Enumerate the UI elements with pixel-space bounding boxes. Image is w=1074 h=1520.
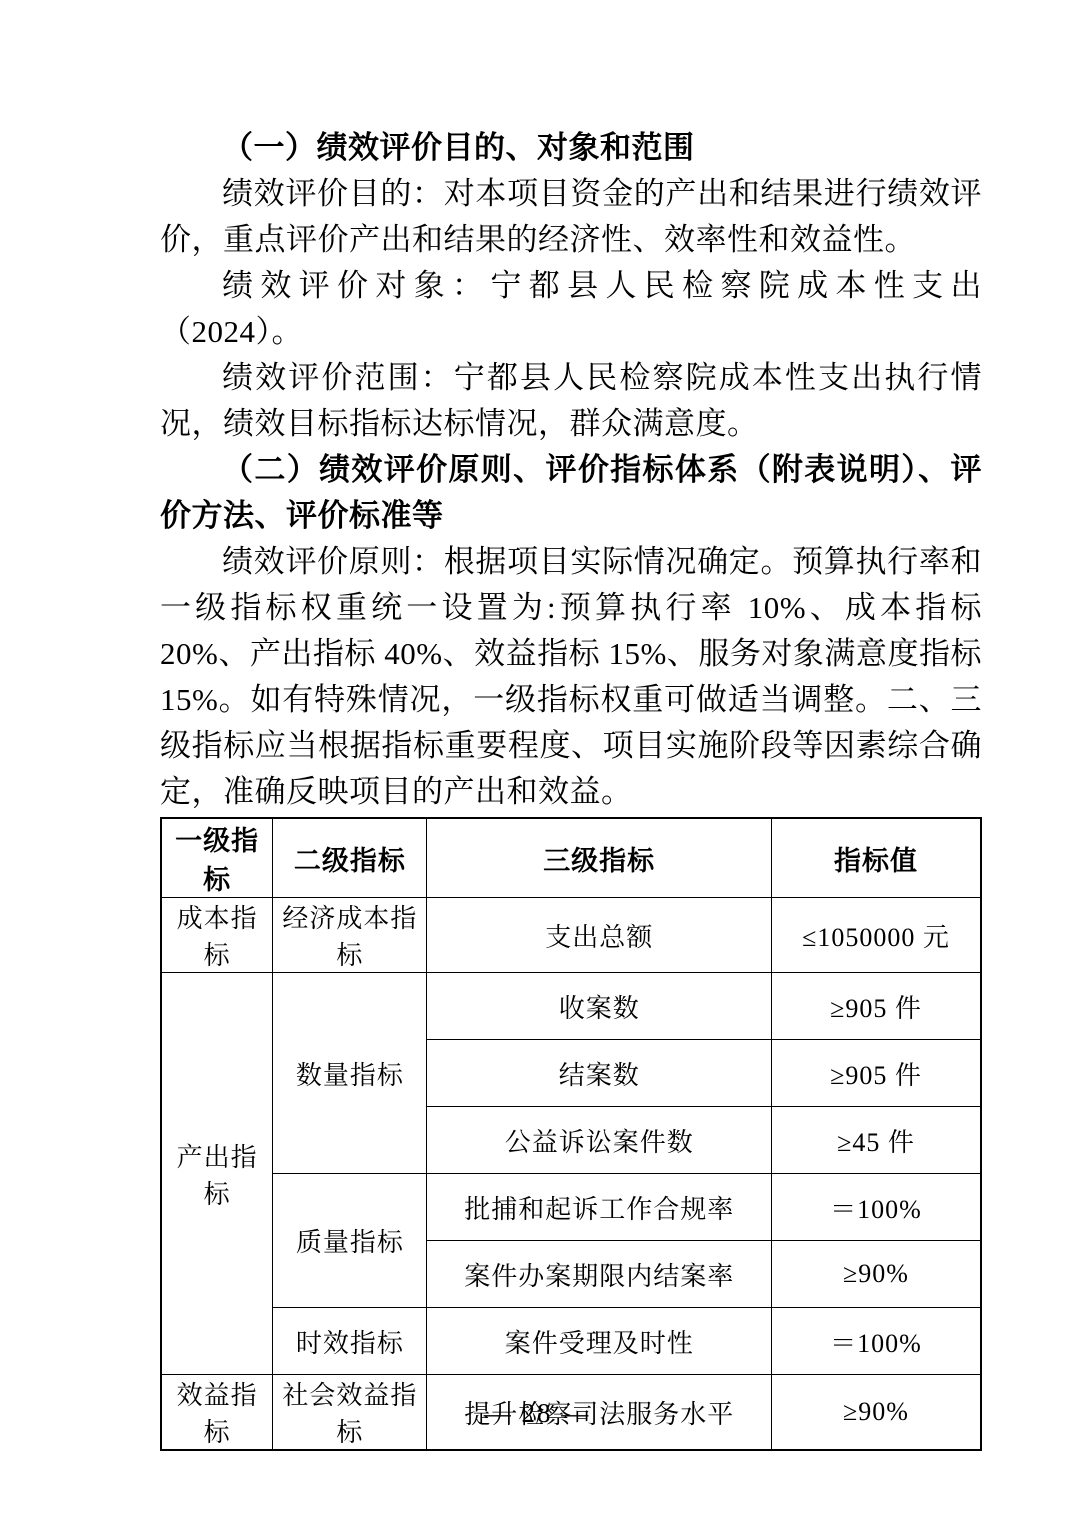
cell-level1: 成本指标 [161, 898, 273, 973]
table-row: 产出指标 数量指标 收案数 ≥905 件 [161, 973, 981, 1040]
header-level1: 一级指标 [161, 818, 273, 898]
document-page: （一）绩效评价目的、对象和范围 绩效评价目的：对本项目资金的产出和结果进行绩效评… [0, 0, 1074, 1520]
cell-level3: 批捕和起诉工作合规率 [427, 1174, 772, 1241]
cell-level3: 收案数 [427, 973, 772, 1040]
document-content: （一）绩效评价目的、对象和范围 绩效评价目的：对本项目资金的产出和结果进行绩效评… [160, 125, 982, 1451]
section-heading-1: （一）绩效评价目的、对象和范围 [160, 125, 982, 171]
header-value: 指标值 [771, 818, 981, 898]
cell-value: ≥45 件 [771, 1107, 981, 1174]
header-level3: 三级指标 [427, 818, 772, 898]
table-row: 成本指标 经济成本指标 支出总额 ≤1050000 元 [161, 898, 981, 973]
cell-value: ≤1050000 元 [771, 898, 981, 973]
section-heading-2: （二）绩效评价原则、评价指标体系（附表说明）、评价方法、评价标准等 [160, 447, 982, 539]
table-row: 质量指标 批捕和起诉工作合规率 ＝100% [161, 1174, 981, 1241]
cell-level3: 公益诉讼案件数 [427, 1107, 772, 1174]
cell-level3: 结案数 [427, 1040, 772, 1107]
cell-level3: 案件办案期限内结案率 [427, 1241, 772, 1308]
page-number: — 28 — [0, 1398, 1074, 1429]
cell-level2: 经济成本指标 [273, 898, 427, 973]
header-level2: 二级指标 [273, 818, 427, 898]
cell-value: ＝100% [771, 1174, 981, 1241]
paragraph-object: 绩效评价对象：宁都县人民检察院成本性支出（2024）。 [160, 263, 982, 355]
cell-value: ≥905 件 [771, 1040, 981, 1107]
cell-level2: 质量指标 [273, 1174, 427, 1308]
cell-value: ≥905 件 [771, 973, 981, 1040]
paragraph-purpose: 绩效评价目的：对本项目资金的产出和结果进行绩效评价，重点评价产出和结果的经济性、… [160, 171, 982, 263]
indicator-table: 一级指标 二级指标 三级指标 指标值 成本指标 经济成本指标 支出总额 ≤105… [160, 817, 982, 1451]
cell-level2: 数量指标 [273, 973, 427, 1174]
cell-level3: 支出总额 [427, 898, 772, 973]
paragraph-principle: 绩效评价原则：根据项目实际情况确定。预算执行率和一级指标权重统一设置为:预算执行… [160, 539, 982, 815]
cell-level3: 案件受理及时性 [427, 1308, 772, 1375]
cell-value: ≥90% [771, 1241, 981, 1308]
cell-level1: 产出指标 [161, 973, 273, 1375]
cell-value: ＝100% [771, 1308, 981, 1375]
table-row: 时效指标 案件受理及时性 ＝100% [161, 1308, 981, 1375]
paragraph-scope: 绩效评价范围：宁都县人民检察院成本性支出执行情况，绩效目标指标达标情况，群众满意… [160, 355, 982, 447]
table-header-row: 一级指标 二级指标 三级指标 指标值 [161, 818, 981, 898]
cell-level2: 时效指标 [273, 1308, 427, 1375]
